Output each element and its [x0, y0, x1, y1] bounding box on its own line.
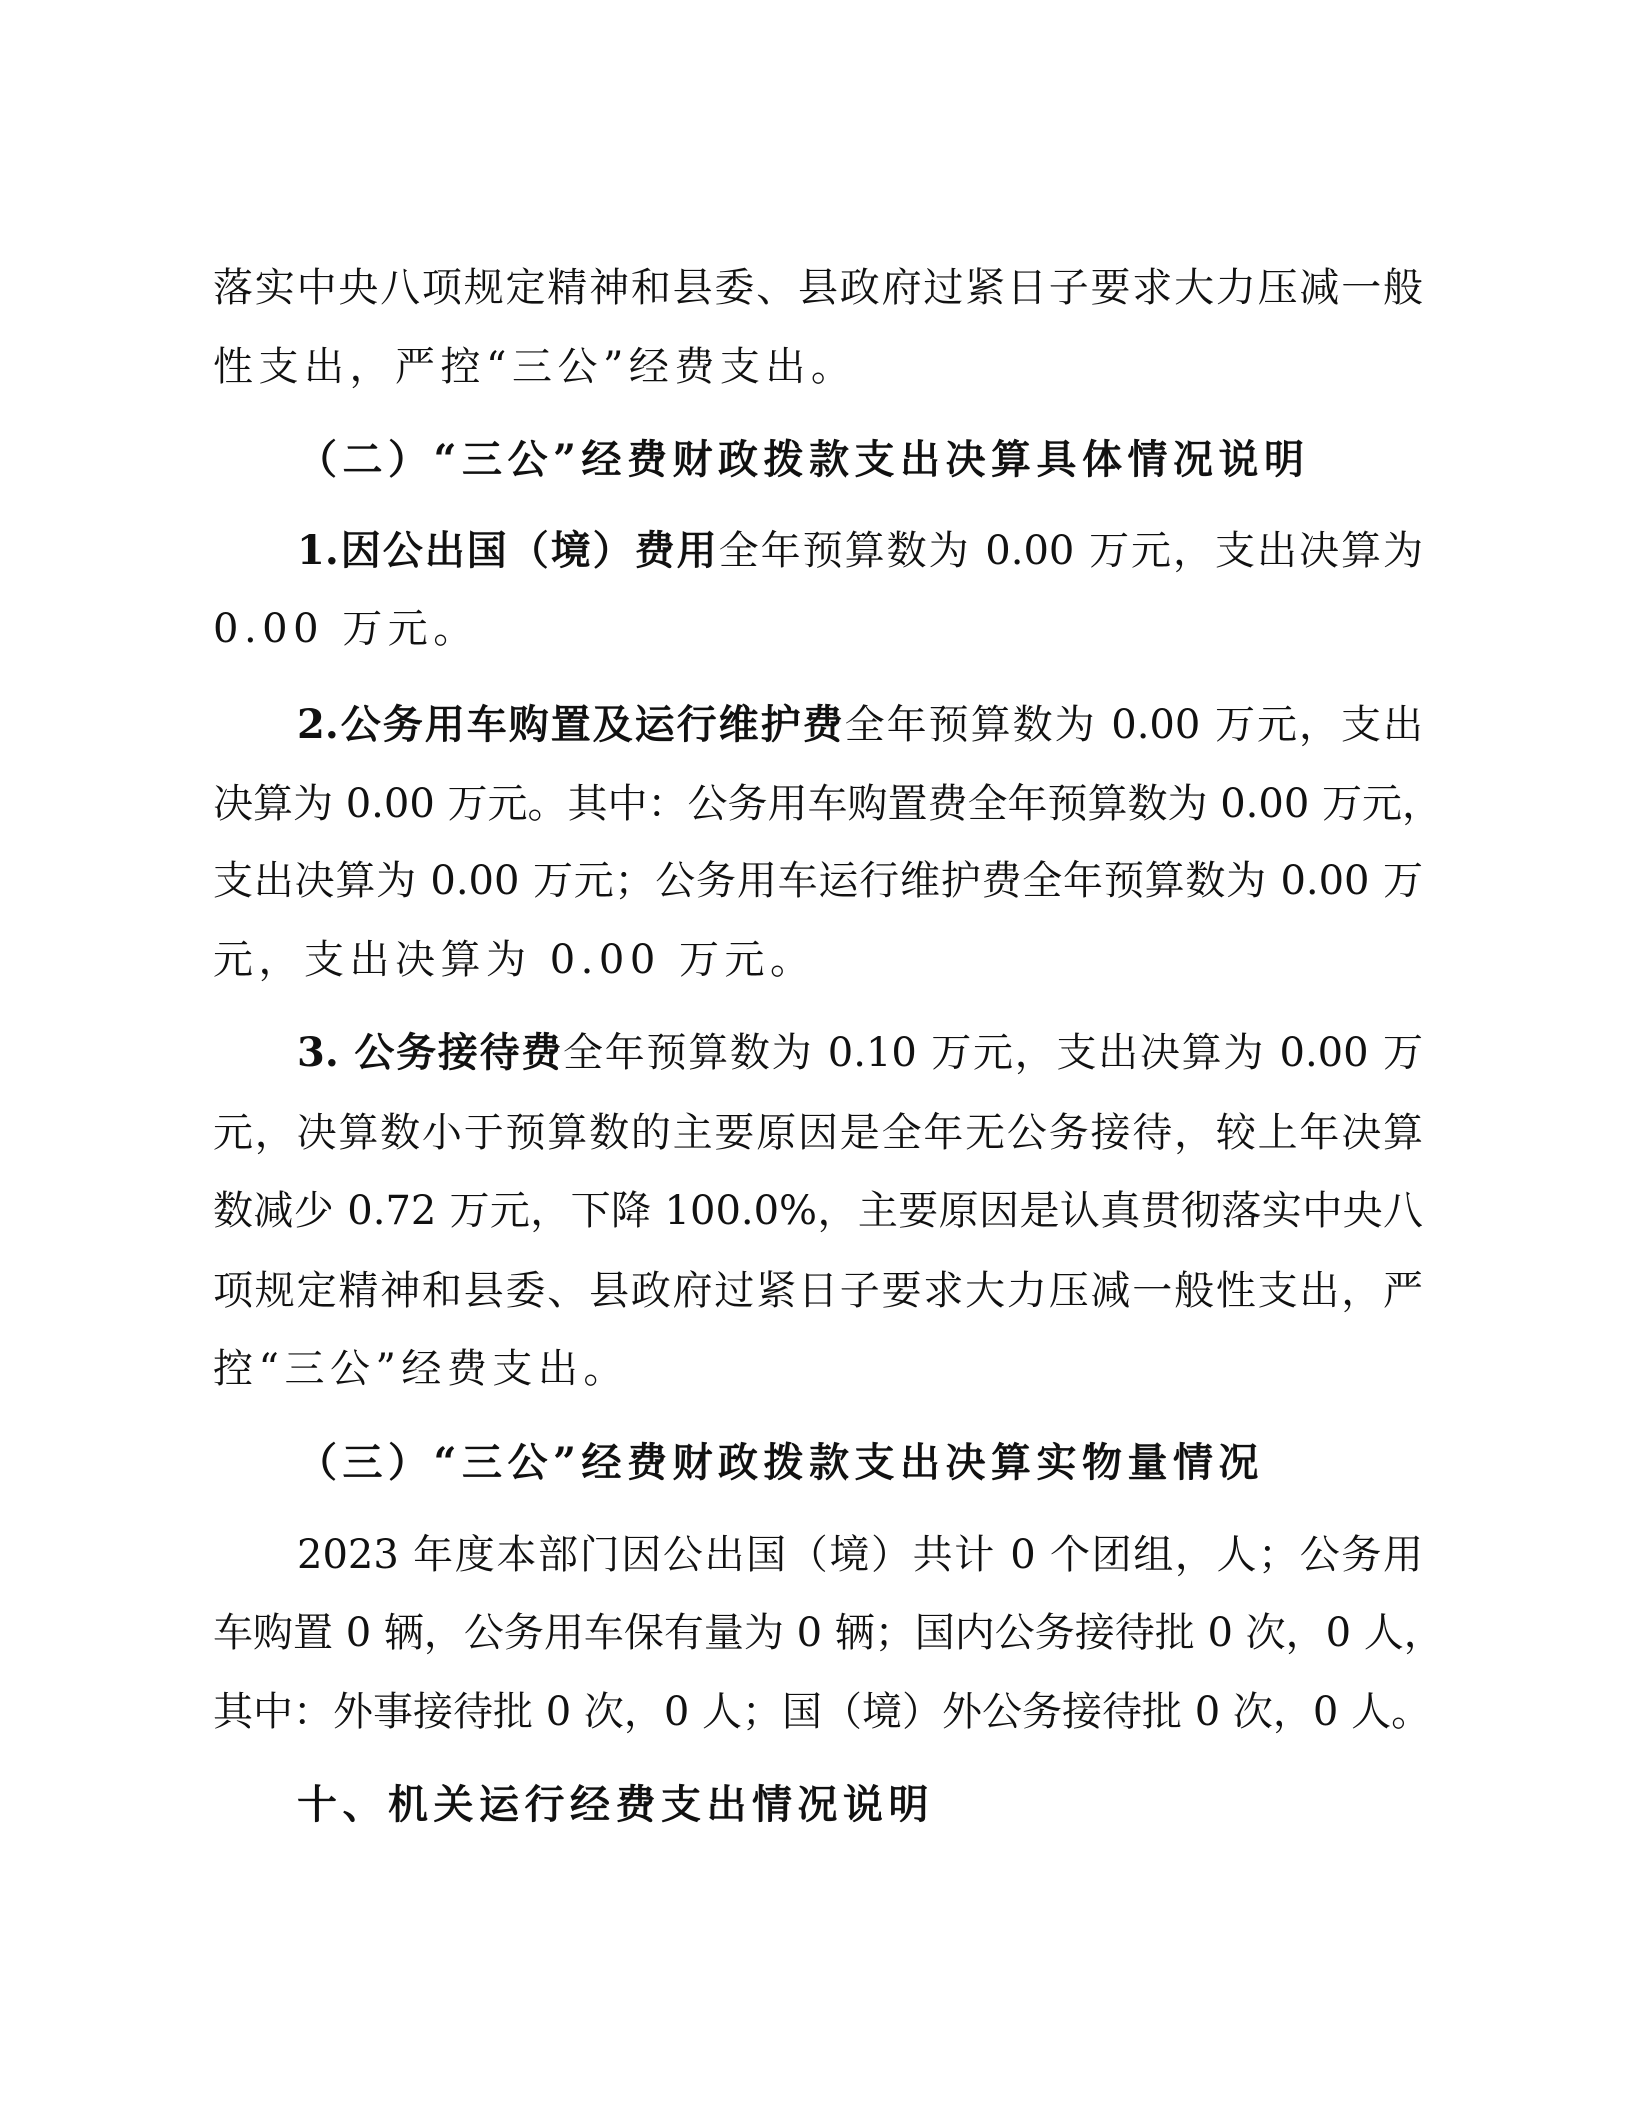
- paragraph-line: 车购置 0 辆，公务用车保有量为 0 辆；国内公务接待批 0 次，0 人，: [213, 1603, 1423, 1663]
- item-2-text: 全年预算数为 0.00 万元，支出: [845, 702, 1423, 748]
- paragraph-line: 数减少 0.72 万元，下降 100.0%，主要原因是认真贯彻落实中央八: [213, 1181, 1423, 1241]
- item-3-text: 全年预算数为 0.10 万元，支出决算为 0.00 万: [563, 1030, 1423, 1076]
- item-3-lead: 3. 公务接待费: [297, 1029, 563, 1076]
- item-1-lead: 1.因公出国（境）费用: [297, 527, 719, 574]
- paragraph-line: 项规定精神和县委、县政府过紧日子要求大力压减一般性支出，严: [213, 1261, 1423, 1321]
- item-1-line: 1.因公出国（境）费用全年预算数为 0.00 万元，支出决算为: [297, 521, 1423, 581]
- paragraph-line: 性支出，严控“三公”经费支出。: [213, 337, 1423, 397]
- paragraph-line: 0.00 万元。: [213, 599, 1423, 659]
- item-2-lead: 2.公务用车购置及运行维护费: [297, 701, 845, 748]
- item-2-line: 2.公务用车购置及运行维护费全年预算数为 0.00 万元，支出: [297, 695, 1423, 755]
- item-1-text: 全年预算数为 0.00 万元，支出决算为: [719, 528, 1423, 574]
- paragraph-line: 元，支出决算为 0.00 万元。: [213, 930, 1423, 990]
- paragraph-line: 控“三公”经费支出。: [213, 1339, 1423, 1399]
- section-heading-2: （二）“三公”经费财政拨款支出决算具体情况说明: [297, 430, 1423, 490]
- paragraph-line: 2023 年度本部门因公出国（境）共计 0 个团组，人；公务用: [297, 1525, 1423, 1585]
- section-heading-3: （三）“三公”经费财政拨款支出决算实物量情况: [297, 1433, 1423, 1493]
- paragraph-line: 其中：外事接待批 0 次，0 人；国（境）外公务接待批 0 次，0 人。: [213, 1682, 1423, 1742]
- paragraph-line: 支出决算为 0.00 万元；公务用车运行维护费全年预算数为 0.00 万: [213, 851, 1423, 911]
- paragraph-line: 落实中央八项规定精神和县委、县政府过紧日子要求大力压减一般: [213, 258, 1423, 318]
- document-page: 落实中央八项规定精神和县委、县政府过紧日子要求大力压减一般 性支出，严控“三公”…: [0, 0, 1632, 2112]
- paragraph-line: 元，决算数小于预算数的主要原因是全年无公务接待，较上年决算: [213, 1103, 1423, 1163]
- paragraph-line: 决算为 0.00 万元。其中：公务用车购置费全年预算数为 0.00 万元，: [213, 774, 1423, 834]
- item-3-line: 3. 公务接待费全年预算数为 0.10 万元，支出决算为 0.00 万: [297, 1023, 1423, 1083]
- section-heading-10: 十、机关运行经费支出情况说明: [297, 1775, 1423, 1835]
